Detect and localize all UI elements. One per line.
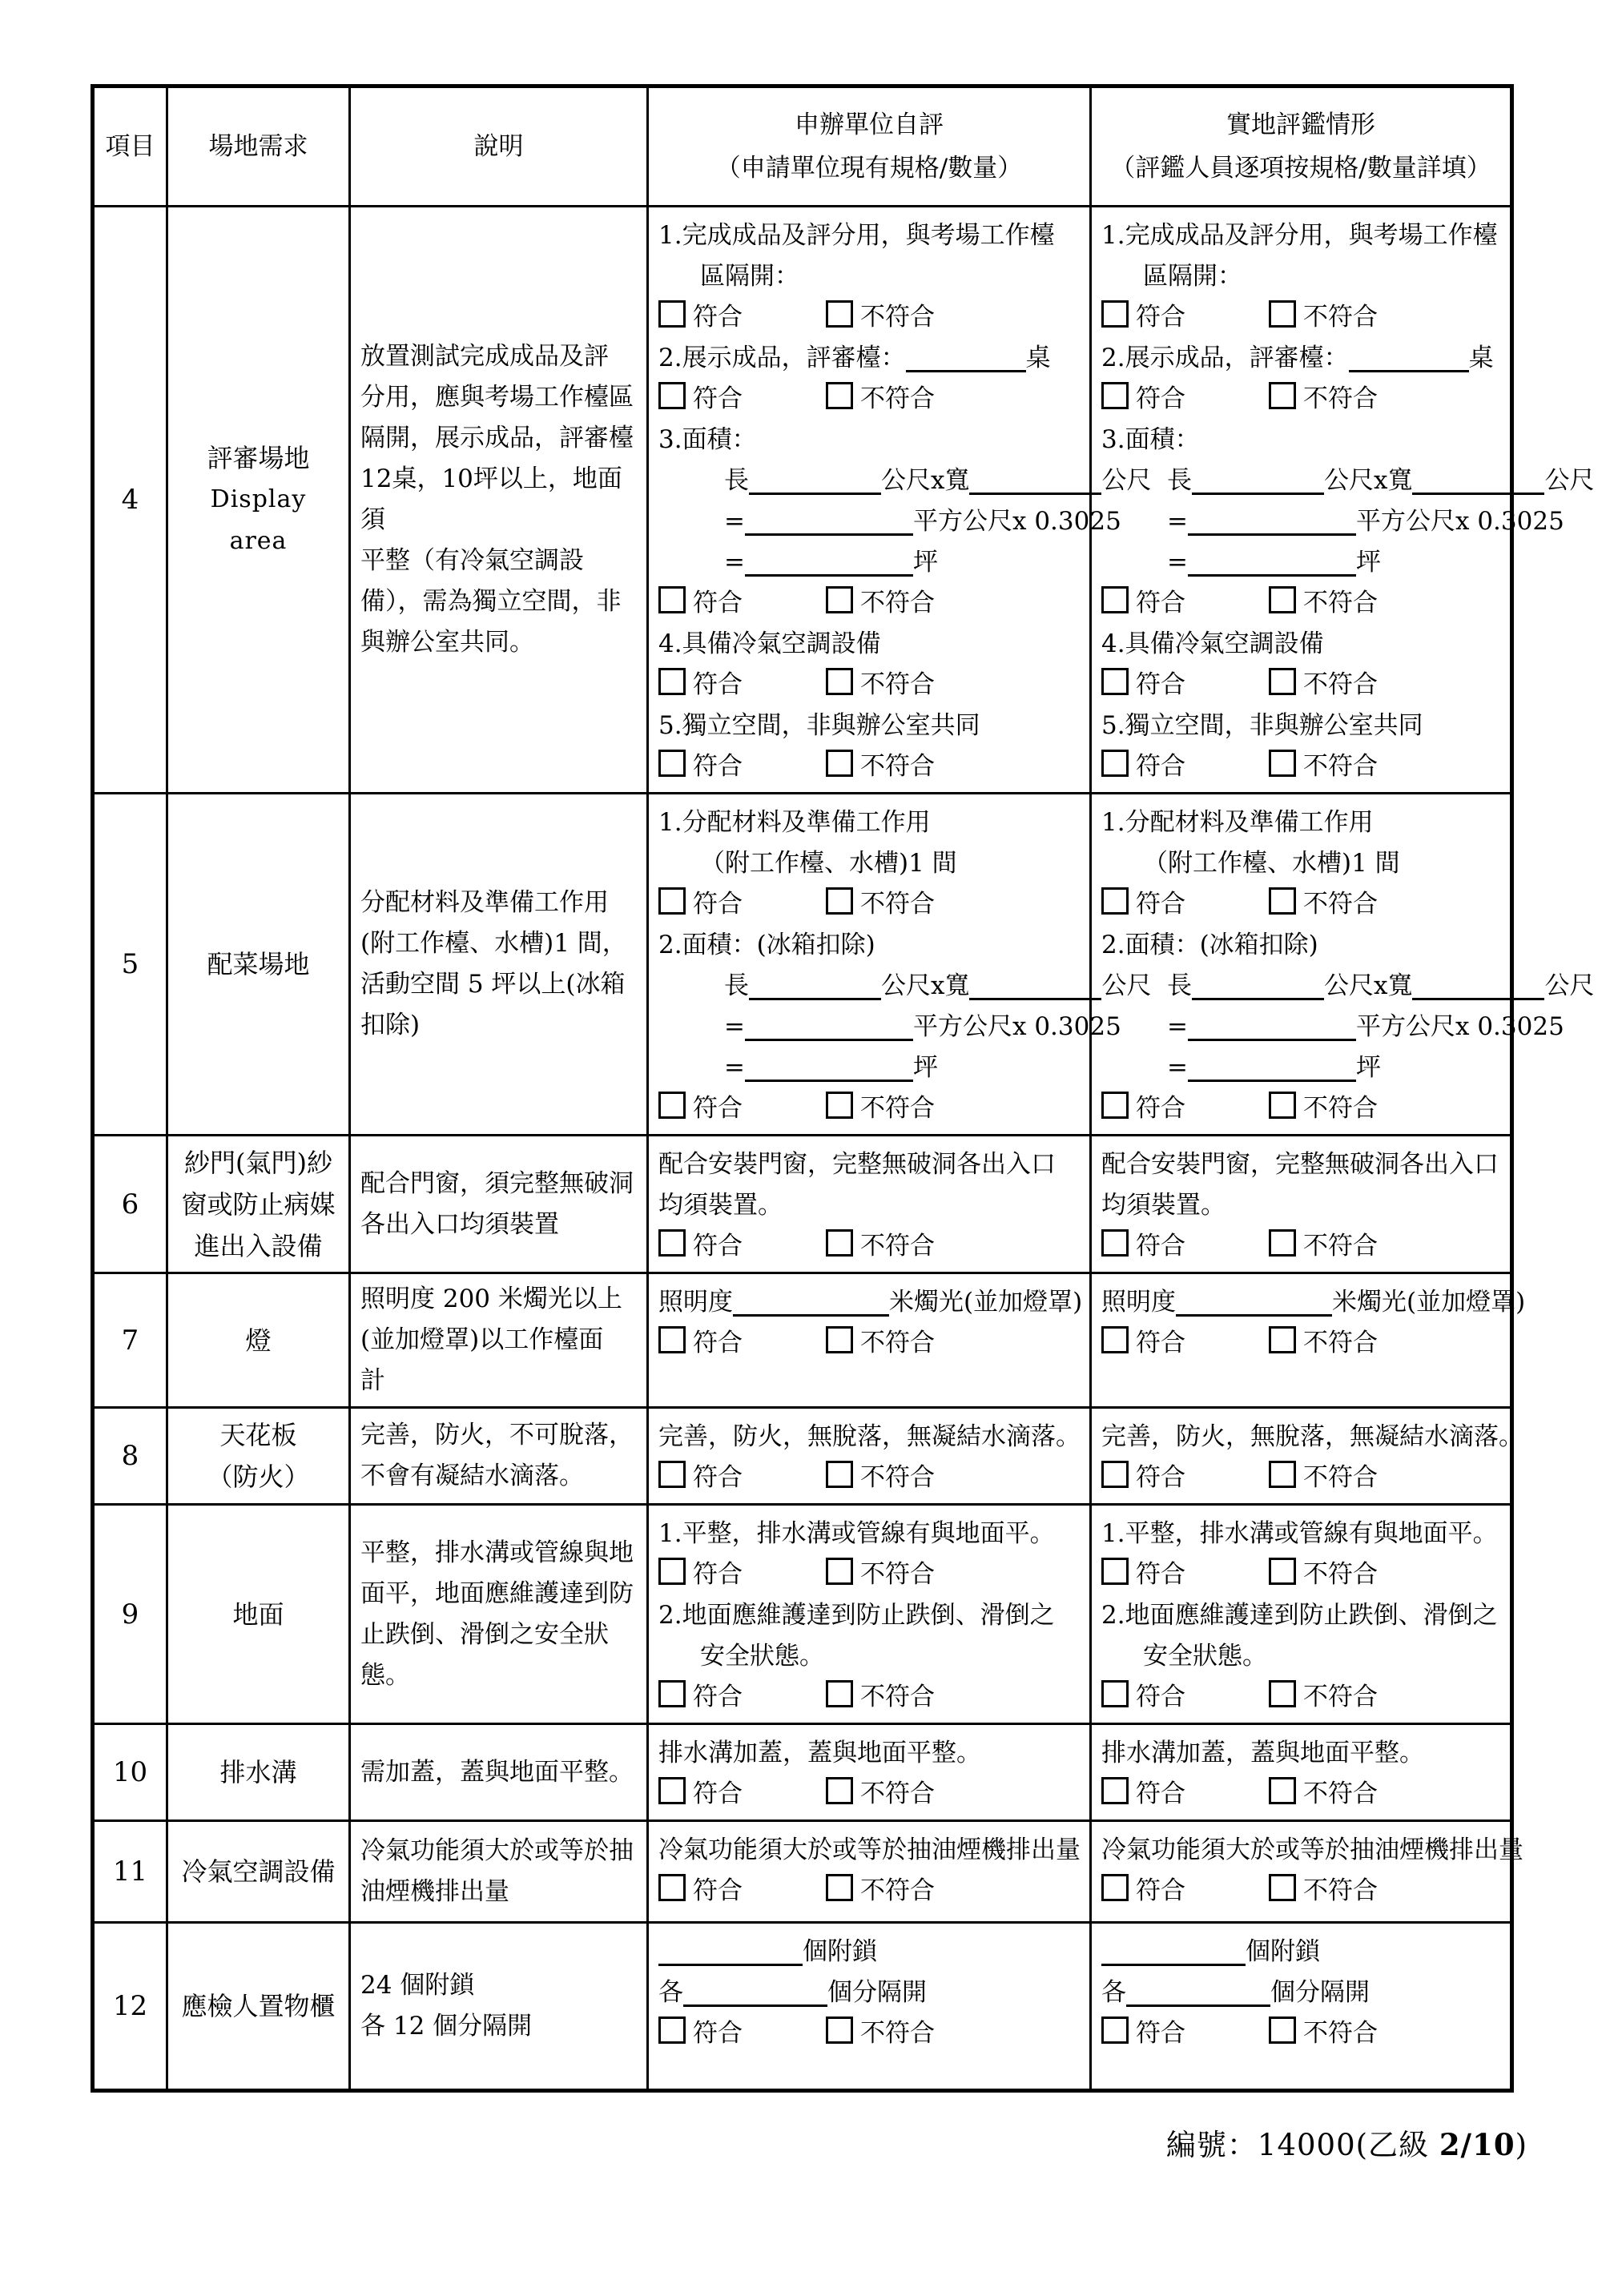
eval-text: 1.分配材料及準備工作用 [658, 808, 931, 837]
pass-label: 符合 [693, 1876, 743, 1905]
fill-in-blank[interactable] [1101, 1940, 1246, 1966]
eval-text: 2.面積：(冰箱扣除) [658, 931, 875, 959]
fail-label: 不符合 [860, 1094, 935, 1123]
fail-checkbox[interactable] [826, 382, 853, 409]
eval-line: 長公尺x寬公尺 [658, 966, 1080, 1007]
requirement-line: 評審場地 [178, 437, 339, 479]
header-item-label: 項目 [106, 132, 155, 161]
fail-label: 不符合 [860, 752, 935, 781]
site-evaluation-table: 項目 場地需求 說明 申辦單位自評 （申請單位現有規格/數量） 實地評鑑情形 （… [91, 84, 1514, 2093]
pass-checkbox[interactable] [658, 1092, 686, 1119]
fail-option: 不符合 [1269, 746, 1378, 787]
pass-checkbox[interactable] [1101, 382, 1129, 409]
pass-option: 符合 [658, 1458, 743, 1498]
fill-in-blank[interactable] [745, 509, 913, 536]
description-line: 止跌倒、滑倒之安全狀 [360, 1614, 637, 1655]
onsite-eval-cell: 個附鎖各個分隔開符合不符合 [1091, 1923, 1512, 2091]
compliance-options: 符合不符合 [658, 2013, 1080, 2054]
pass-option: 符合 [658, 665, 743, 706]
fill-in-blank[interactable] [745, 1015, 913, 1041]
eval-line: 2.面積：(冰箱扣除) [658, 925, 1080, 966]
fail-label: 不符合 [1303, 1560, 1378, 1589]
header-onsite-eval-subtitle: （評鑑人員逐項按規格/數量詳填） [1101, 147, 1500, 190]
fail-checkbox[interactable] [826, 1229, 853, 1257]
fill-in-blank[interactable] [745, 1056, 913, 1082]
description-line: 放置測試完成成品及評 [360, 336, 637, 377]
description-line: 備），需為獨立空間，非 [360, 581, 637, 622]
header-description-label: 說明 [474, 132, 524, 161]
fail-label: 不符合 [1303, 752, 1378, 781]
fill-in-blank[interactable] [1412, 974, 1544, 1000]
pass-label: 符合 [1136, 1463, 1185, 1492]
item-number: 12 [104, 1990, 156, 2022]
pass-label: 符合 [693, 752, 743, 781]
pass-label: 符合 [1136, 1876, 1185, 1905]
eval-text: 個附鎖 [1246, 1937, 1320, 1966]
fail-checkbox[interactable] [826, 1461, 853, 1488]
document-page: 項目 場地需求 說明 申辦單位自評 （申請單位現有規格/數量） 實地評鑑情形 （… [0, 0, 1622, 2296]
fail-label: 不符合 [860, 1876, 935, 1905]
pass-label: 符合 [693, 1683, 743, 1711]
onsite-eval-cell: 配合安裝門窗，完整無破洞各出入口均須裝置。符合不符合 [1091, 1136, 1512, 1273]
compliance-options: 符合不符合 [658, 1554, 1080, 1595]
pass-label: 符合 [693, 890, 743, 919]
eval-line: 2.地面應維護達到防止跌倒、滑倒之 [1101, 1595, 1500, 1636]
fail-checkbox[interactable] [1269, 1326, 1296, 1353]
pass-checkbox[interactable] [1101, 1461, 1129, 1488]
pass-label: 符合 [1136, 1779, 1185, 1808]
fill-in-blank[interactable] [969, 468, 1101, 495]
fail-option: 不符合 [826, 297, 935, 338]
pass-option: 符合 [658, 2013, 743, 2054]
pass-label: 符合 [693, 1232, 743, 1261]
eval-text: 1.平整，排水溝或管線有與地面平。 [1101, 1519, 1498, 1548]
pass-checkbox[interactable] [658, 1680, 686, 1707]
pass-label: 符合 [1136, 1683, 1185, 1711]
fail-label: 不符合 [1303, 1232, 1378, 1261]
description-line: 活動空間 5 坪以上(冰箱 [360, 964, 637, 1005]
eval-text: 平方公尺x 0.3025 [1356, 1012, 1564, 1041]
header-self-eval-title: 申辦單位自評 [658, 103, 1080, 147]
eval-text: = [724, 1053, 745, 1082]
requirement-cell: 排水溝 [167, 1724, 350, 1821]
fail-checkbox[interactable] [1269, 1229, 1296, 1257]
table-row-9: 9地面平整，排水溝或管線與地面平，地面應維護達到防止跌倒、滑倒之安全狀態。1.平… [93, 1505, 1512, 1724]
fail-option: 不符合 [826, 1554, 935, 1595]
pass-checkbox[interactable] [1101, 750, 1129, 777]
pass-checkbox[interactable] [1101, 1874, 1129, 1901]
fail-option: 不符合 [826, 746, 935, 787]
pass-checkbox[interactable] [658, 300, 686, 328]
eval-text: 均須裝置。 [1101, 1191, 1226, 1220]
description-line: 與辦公室共同。 [360, 622, 637, 663]
pass-checkbox[interactable] [1101, 668, 1129, 695]
fail-option: 不符合 [826, 1774, 935, 1815]
item-cell: 8 [93, 1408, 167, 1505]
fail-checkbox[interactable] [826, 2017, 853, 2044]
item-number: 9 [104, 1598, 156, 1631]
description-line: 分配材料及準備工作用 [360, 883, 637, 923]
eval-line: （附工作檯、水槽)1 間 [1101, 843, 1500, 884]
pass-checkbox[interactable] [1101, 586, 1129, 613]
compliance-options: 符合不符合 [658, 1677, 1080, 1718]
eval-line: 5.獨立空間，非與辦公室共同 [1101, 706, 1500, 746]
eval-text: 1.完成成品及評分用，與考場工作檯 [658, 221, 1055, 250]
eval-text: 均須裝置。 [658, 1191, 783, 1220]
self-eval-cell: 個附鎖各個分隔開符合不符合 [648, 1923, 1091, 2091]
requirement-line: 天花板 [178, 1414, 339, 1456]
eval-text: 冷氣功能須大於或等於抽油煙機排出量 [1101, 1836, 1523, 1864]
pass-label: 符合 [1136, 752, 1185, 781]
compliance-options: 符合不符合 [1101, 746, 1500, 787]
pass-checkbox[interactable] [1101, 2017, 1129, 2044]
fail-checkbox[interactable] [1269, 1680, 1296, 1707]
compliance-options: 符合不符合 [1101, 583, 1500, 624]
fill-in-blank[interactable] [1349, 346, 1469, 372]
eval-line: 配合安裝門窗，完整無破洞各出入口 [658, 1144, 1080, 1185]
fail-checkbox[interactable] [826, 1680, 853, 1707]
header-self-eval-subtitle: （申請單位現有規格/數量） [658, 147, 1080, 190]
pass-option: 符合 [658, 1088, 743, 1129]
pass-checkbox[interactable] [658, 382, 686, 409]
eval-text: = [1167, 548, 1188, 577]
pass-option: 符合 [1101, 884, 1185, 925]
eval-text: （附工作檯、水槽)1 間 [700, 849, 957, 878]
eval-text: 平方公尺x 0.3025 [913, 1012, 1121, 1041]
table-row-7: 7燈照明度 200 米燭光以上(並加燈罩)以工作檯面計照明度米燭光(並加燈罩)符… [93, 1273, 1512, 1408]
eval-line: 完善，防火，無脫落，無凝結水滴落。 [658, 1417, 1080, 1458]
eval-text: （附工作檯、水槽)1 間 [1143, 849, 1400, 878]
pass-label: 符合 [693, 1094, 743, 1123]
pass-checkbox[interactable] [1101, 1326, 1129, 1353]
pass-checkbox[interactable] [1101, 1092, 1129, 1119]
eval-text: 1.完成成品及評分用，與考場工作檯 [1101, 221, 1498, 250]
onsite-eval-cell: 1.完成成品及評分用，與考場工作檯區隔開：符合不符合2.展示成品，評審檯：桌符合… [1091, 207, 1512, 794]
pass-option: 符合 [1101, 1226, 1185, 1267]
eval-line: 4.具備冷氣空調設備 [658, 624, 1080, 665]
eval-line: 1.平整，排水溝或管線有與地面平。 [1101, 1514, 1500, 1554]
onsite-eval-cell: 冷氣功能須大於或等於抽油煙機排出量符合不符合 [1091, 1821, 1512, 1923]
fail-checkbox[interactable] [826, 1326, 853, 1353]
eval-text: = [1167, 1053, 1188, 1082]
fail-label: 不符合 [1303, 1683, 1378, 1711]
description-line: 計 [360, 1361, 637, 1401]
fill-in-blank[interactable] [1412, 468, 1544, 495]
requirement-line: Display area [178, 479, 339, 562]
header-self-eval: 申辦單位自評 （申請單位現有規格/數量） [648, 86, 1091, 207]
fail-label: 不符合 [1303, 1779, 1378, 1808]
eval-line: （附工作檯、水槽)1 間 [658, 843, 1080, 884]
compliance-options: 符合不符合 [658, 1323, 1080, 1364]
fail-label: 不符合 [860, 303, 935, 332]
fill-in-blank[interactable] [658, 1940, 803, 1966]
eval-text: 公尺 [1544, 466, 1594, 495]
compliance-options: 符合不符合 [1101, 1458, 1500, 1498]
eval-line: 4.具備冷氣空調設備 [1101, 624, 1500, 665]
fail-checkbox[interactable] [1269, 1092, 1296, 1119]
eval-line: 長公尺x寬公尺 [1101, 460, 1500, 501]
pass-checkbox[interactable] [1101, 1680, 1129, 1707]
table-row-8: 8天花板（防火）完善，防火，不可脫落，不會有凝結水滴落。完善，防火，無脫落，無凝… [93, 1408, 1512, 1505]
eval-line: 1.分配材料及準備工作用 [1101, 802, 1500, 843]
pass-option: 符合 [1101, 583, 1185, 624]
fill-in-blank[interactable] [1176, 1290, 1332, 1317]
compliance-options: 符合不符合 [658, 1458, 1080, 1498]
requirement-cell: 評審場地Display area [167, 207, 350, 794]
item-number: 11 [104, 1856, 156, 1888]
fail-checkbox[interactable] [1269, 1558, 1296, 1585]
fail-checkbox[interactable] [1269, 300, 1296, 328]
fail-option: 不符合 [826, 665, 935, 706]
eval-text: 5.獨立空間，非與辦公室共同 [658, 711, 980, 740]
fail-option: 不符合 [1269, 884, 1378, 925]
pass-checkbox[interactable] [658, 1874, 686, 1901]
compliance-options: 符合不符合 [1101, 1554, 1500, 1595]
compliance-options: 符合不符合 [658, 1774, 1080, 1815]
eval-line: 2.展示成品，評審檯：桌 [1101, 338, 1500, 379]
eval-text: 公尺 [1101, 466, 1151, 495]
pass-label: 符合 [1136, 384, 1185, 413]
header-onsite-eval-title: 實地評鑑情形 [1101, 103, 1500, 147]
pass-option: 符合 [658, 1871, 743, 1912]
description-line: 各出入口均須裝置 [360, 1204, 637, 1245]
fail-label: 不符合 [1303, 1329, 1378, 1357]
pass-label: 符合 [1136, 1329, 1185, 1357]
eval-text: = [724, 507, 745, 536]
compliance-options: 符合不符合 [658, 884, 1080, 925]
fail-checkbox[interactable] [826, 1558, 853, 1585]
eval-text: 排水溝加蓋，蓋與地面平整。 [1101, 1739, 1424, 1767]
onsite-eval-cell: 1.分配材料及準備工作用（附工作檯、水槽)1 間符合不符合2.面積：(冰箱扣除)… [1091, 794, 1512, 1136]
fail-checkbox[interactable] [826, 1874, 853, 1901]
eval-text: 2.面積：(冰箱扣除) [1101, 931, 1318, 959]
pass-checkbox[interactable] [658, 668, 686, 695]
fail-checkbox[interactable] [826, 1092, 853, 1119]
fill-in-blank[interactable] [1192, 468, 1324, 495]
compliance-options: 符合不符合 [1101, 2013, 1500, 2054]
fail-checkbox[interactable] [1269, 382, 1296, 409]
pass-checkbox[interactable] [658, 1558, 686, 1585]
pass-checkbox[interactable] [658, 2017, 686, 2044]
fail-checkbox[interactable] [826, 1777, 853, 1804]
compliance-options: 符合不符合 [658, 379, 1080, 420]
eval-text: 個分隔開 [827, 1978, 927, 2007]
description-line: 平整（有冷氣空調設 [360, 541, 637, 581]
description-cell: 放置測試完成成品及評分用，應與考場工作檯區隔開，展示成品，評審檯12桌，10坪以… [350, 207, 648, 794]
fail-label: 不符合 [1303, 2019, 1378, 2048]
requirement-cell: 紗門(氣門)紗窗或防止病媒進出入設備 [167, 1136, 350, 1273]
requirement-line: 窗或防止病媒 [178, 1184, 339, 1225]
fail-option: 不符合 [1269, 1554, 1378, 1595]
description-cell: 配合門窗，須完整無破洞各出入口均須裝置 [350, 1136, 648, 1273]
fail-checkbox[interactable] [826, 887, 853, 915]
item-number: 4 [104, 484, 156, 516]
fail-checkbox[interactable] [826, 750, 853, 777]
onsite-eval-cell: 排水溝加蓋，蓋與地面平整。符合不符合 [1091, 1724, 1512, 1821]
description-cell: 完善，防火，不可脫落，不會有凝結水滴落。 [350, 1408, 648, 1505]
fail-checkbox[interactable] [1269, 887, 1296, 915]
fail-checkbox[interactable] [1269, 750, 1296, 777]
eval-text: = [1167, 1012, 1188, 1041]
pass-option: 符合 [658, 1554, 743, 1595]
fail-checkbox[interactable] [826, 668, 853, 695]
pass-checkbox[interactable] [658, 1777, 686, 1804]
fail-label: 不符合 [860, 589, 935, 617]
pass-checkbox[interactable] [658, 1229, 686, 1257]
compliance-options: 符合不符合 [1101, 1226, 1500, 1267]
eval-line: =平方公尺x 0.3025 [658, 501, 1080, 542]
description-line: (附工作檯、水槽)1 間， [360, 923, 637, 964]
eval-line: 安全狀態。 [1101, 1636, 1500, 1677]
fail-label: 不符合 [860, 1463, 935, 1492]
fill-in-blank[interactable] [1188, 1056, 1356, 1082]
fail-checkbox[interactable] [1269, 668, 1296, 695]
self-eval-cell: 1.完成成品及評分用，與考場工作檯區隔開：符合不符合2.展示成品，評審檯：桌符合… [648, 207, 1091, 794]
header-description: 說明 [350, 86, 648, 207]
pass-label: 符合 [693, 1560, 743, 1589]
eval-line: 1.完成成品及評分用，與考場工作檯 [658, 215, 1080, 256]
pass-checkbox[interactable] [1101, 1229, 1129, 1257]
eval-line: 冷氣功能須大於或等於抽油煙機排出量 [658, 1830, 1080, 1871]
eval-text: 配合安裝門窗，完整無破洞各出入口 [1101, 1150, 1499, 1179]
pass-checkbox[interactable] [1101, 1558, 1129, 1585]
eval-line: 1.完成成品及評分用，與考場工作檯 [1101, 215, 1500, 256]
description-line: 隔開，展示成品，評審檯 [360, 418, 637, 459]
fill-in-blank[interactable] [1192, 974, 1324, 1000]
item-cell: 11 [93, 1821, 167, 1923]
eval-line: 3.面積： [658, 420, 1080, 460]
pass-checkbox[interactable] [1101, 887, 1129, 915]
pass-checkbox[interactable] [1101, 300, 1129, 328]
pass-checkbox[interactable] [658, 750, 686, 777]
pass-option: 符合 [1101, 746, 1185, 787]
table-row-5: 5配菜場地分配材料及準備工作用(附工作檯、水槽)1 間，活動空間 5 坪以上(冰… [93, 794, 1512, 1136]
eval-text: 1.分配材料及準備工作用 [1101, 808, 1374, 837]
pass-label: 符合 [693, 2019, 743, 2048]
description-line: 照明度 200 米燭光以上 [360, 1279, 637, 1320]
pass-checkbox[interactable] [658, 1461, 686, 1488]
fail-checkbox[interactable] [826, 586, 853, 613]
eval-text: 坪 [913, 548, 938, 577]
eval-line: 完善，防火，無脫落，無凝結水滴落。 [1101, 1417, 1500, 1458]
fill-in-blank[interactable] [906, 346, 1026, 372]
requirement-cell: 冷氣空調設備 [167, 1821, 350, 1923]
eval-text: 平方公尺x 0.3025 [913, 507, 1121, 536]
item-number: 6 [104, 1188, 156, 1220]
pass-checkbox[interactable] [658, 1326, 686, 1353]
eval-line: =坪 [1101, 1047, 1500, 1088]
eval-text: 長 [1167, 971, 1192, 1000]
eval-text: 米燭光(並加燈罩) [889, 1288, 1082, 1317]
pass-option: 符合 [658, 379, 743, 420]
pass-checkbox[interactable] [658, 887, 686, 915]
onsite-eval-cell: 1.平整，排水溝或管線有與地面平。符合不符合2.地面應維護達到防止跌倒、滑倒之安… [1091, 1505, 1512, 1724]
fail-label: 不符合 [860, 670, 935, 699]
eval-text: 2.地面應維護達到防止跌倒、滑倒之 [658, 1601, 1055, 1630]
fail-checkbox[interactable] [1269, 2017, 1296, 2044]
fill-in-blank[interactable] [1188, 1015, 1356, 1041]
description-line: 完善，防火，不可脫落， [360, 1415, 637, 1456]
compliance-options: 符合不符合 [658, 583, 1080, 624]
self-eval-cell: 1.平整，排水溝或管線有與地面平。符合不符合2.地面應維護達到防止跌倒、滑倒之安… [648, 1505, 1091, 1724]
eval-line: 1.分配材料及準備工作用 [658, 802, 1080, 843]
eval-text: 桌 [1469, 344, 1494, 372]
onsite-eval-cell: 完善，防火，無脫落，無凝結水滴落。符合不符合 [1091, 1408, 1512, 1505]
fail-label: 不符合 [860, 2019, 935, 2048]
fail-label: 不符合 [1303, 384, 1378, 413]
pass-option: 符合 [658, 583, 743, 624]
pass-option: 符合 [658, 1774, 743, 1815]
description-line: 12桌，10坪以上，地面須 [360, 459, 637, 541]
description-line: 油煙機排出量 [360, 1872, 637, 1912]
footer-page-number: 2/10 [1439, 2127, 1515, 2162]
self-eval-cell: 照明度米燭光(並加燈罩)符合不符合 [648, 1273, 1091, 1408]
eval-text: 1.平整，排水溝或管線有與地面平。 [658, 1519, 1055, 1548]
header-row: 項目 場地需求 說明 申辦單位自評 （申請單位現有規格/數量） 實地評鑑情形 （… [93, 86, 1512, 207]
fail-option: 不符合 [1269, 1088, 1378, 1129]
fail-label: 不符合 [860, 384, 935, 413]
fill-in-blank[interactable] [749, 974, 881, 1000]
description-cell: 分配材料及準備工作用(附工作檯、水槽)1 間，活動空間 5 坪以上(冰箱扣除) [350, 794, 648, 1136]
fail-option: 不符合 [826, 1458, 935, 1498]
pass-option: 符合 [1101, 1554, 1185, 1595]
self-eval-cell: 完善，防火，無脫落，無凝結水滴落。符合不符合 [648, 1408, 1091, 1505]
fill-in-blank[interactable] [969, 974, 1101, 1000]
fill-in-blank[interactable] [683, 1980, 827, 2007]
description-cell: 24 個附鎖各 12 個分隔開 [350, 1923, 648, 2091]
requirement-line: 紗門(氣門)紗 [178, 1142, 339, 1184]
eval-text: = [724, 548, 745, 577]
eval-text: 2.展示成品，評審檯： [658, 344, 906, 372]
table-row-6: 6紗門(氣門)紗窗或防止病媒進出入設備配合門窗，須完整無破洞各出入口均須裝置配合… [93, 1136, 1512, 1273]
eval-text: 安全狀態。 [700, 1642, 824, 1671]
fill-in-blank[interactable] [1126, 1980, 1270, 2007]
table-body: 4評審場地Display area放置測試完成成品及評分用，應與考場工作檯區隔開… [93, 207, 1512, 2091]
fail-checkbox[interactable] [1269, 1777, 1296, 1804]
eval-text: 排水溝加蓋，蓋與地面平整。 [658, 1739, 981, 1767]
requirement-cell: 天花板（防火） [167, 1408, 350, 1505]
pass-checkbox[interactable] [1101, 1777, 1129, 1804]
eval-text: 4.具備冷氣空調設備 [658, 629, 881, 658]
pass-option: 符合 [1101, 1088, 1185, 1129]
fill-in-blank[interactable] [733, 1290, 889, 1317]
fill-in-blank[interactable] [749, 468, 881, 495]
description-line: 不會有凝結水滴落。 [360, 1456, 637, 1497]
eval-text: 3.面積： [1101, 425, 1200, 454]
fill-in-blank[interactable] [1188, 509, 1356, 536]
pass-checkbox[interactable] [658, 586, 686, 613]
eval-line: 3.面積： [1101, 420, 1500, 460]
requirement-line: 配菜場地 [178, 943, 339, 985]
requirement-cell: 應檢人置物櫃 [167, 1923, 350, 2091]
fail-checkbox[interactable] [1269, 1461, 1296, 1488]
eval-text: 安全狀態。 [1143, 1642, 1267, 1671]
fail-checkbox[interactable] [826, 300, 853, 328]
fail-checkbox[interactable] [1269, 586, 1296, 613]
eval-text: 公尺x寬 [881, 466, 969, 495]
fail-checkbox[interactable] [1269, 1874, 1296, 1901]
fill-in-blank[interactable] [1188, 550, 1356, 577]
eval-text: 2.地面應維護達到防止跌倒、滑倒之 [1101, 1601, 1498, 1630]
fill-in-blank[interactable] [745, 550, 913, 577]
eval-text: 5.獨立空間，非與辦公室共同 [1101, 711, 1423, 740]
pass-label: 符合 [1136, 1094, 1185, 1123]
fail-option: 不符合 [826, 1871, 935, 1912]
eval-text: 照明度 [1101, 1288, 1176, 1317]
fail-label: 不符合 [1303, 670, 1378, 699]
eval-line: =平方公尺x 0.3025 [658, 1007, 1080, 1047]
description-cell: 需加蓋，蓋與地面平整。 [350, 1724, 648, 1821]
